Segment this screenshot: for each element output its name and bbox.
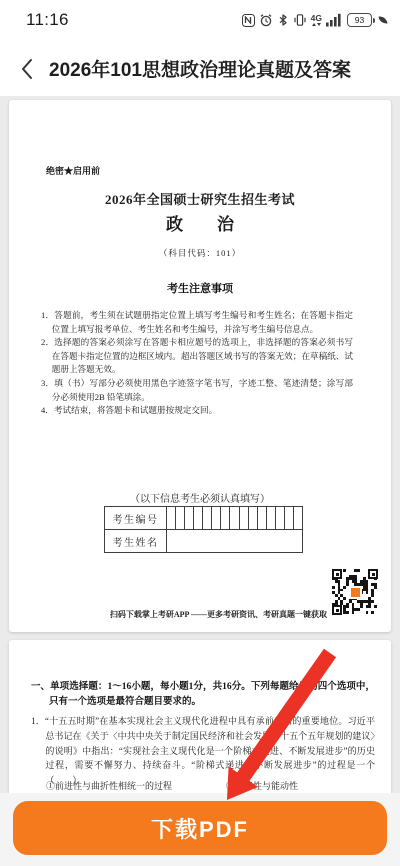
table-row: 考生编号 (105, 507, 302, 529)
question-1: 1．“十五五时期”在基本实现社会主义现代化进程中具有承前启后的重要地位。习近平总… (31, 714, 375, 788)
candidate-name-label: 考生姓名 (105, 530, 167, 552)
vibrate-icon (293, 13, 307, 27)
notice-item: 3．填（书）写部分必须使用黑色字迹签字笔书写，字迹工整、笔迹清楚；涂写部分必须使… (41, 377, 353, 404)
option-1: ①前进性与曲折性相统一的过程 (46, 779, 226, 792)
qr-logo (349, 586, 362, 599)
pdf-scroll-area[interactable]: 绝密★启用前 2026年全国硕士研究生招生考试 政 治 （科目代码：101） 考… (0, 96, 400, 866)
bottom-bar: 下载PDF (0, 793, 400, 866)
candidate-number-label: 考生编号 (105, 507, 167, 529)
candidate-name-cell (167, 530, 302, 552)
subject-code: （科目代码：101） (9, 247, 391, 259)
power-saving-icon (378, 15, 387, 24)
candidate-info-table: 考生编号 考生姓名 (104, 506, 303, 553)
bluetooth-icon (277, 13, 289, 27)
secrecy-label: 绝密★启用前 (46, 164, 100, 177)
nav-bar: 2026年101思想政治理论真题及答案 (0, 40, 400, 96)
status-bar: 11:16 4G 93 (0, 0, 400, 40)
notice-item: 2．选择题的答案必须涂写在答题卡相应题号的选项上，非选择题的答案必须书写在答题卡… (41, 336, 353, 377)
notice-item: 1．答题前，考生须在试题册指定位置上填写考生编号和考生姓名；在答题卡指定位置上填… (41, 309, 353, 336)
pdf-page-2: 一、单项选择题：1～16小题，每小题1分，共16分。下列每题给出的四个选项中，只… (9, 640, 391, 810)
fill-in-note: （以下信息考生必须认真填写） (9, 490, 391, 505)
notice-title: 考生注意事项 (9, 280, 391, 296)
battery-percent: 93 (355, 15, 364, 25)
table-row: 考生姓名 (105, 529, 302, 552)
qr-code (332, 569, 378, 615)
candidate-number-cells (167, 507, 302, 529)
app-promo-text: 扫码下载掌上考研APP ——更多考研资讯、考研真题一键获取 (9, 609, 327, 620)
alarm-icon (259, 13, 273, 27)
pdf-page-1: 绝密★启用前 2026年全国硕士研究生招生考试 政 治 （科目代码：101） 考… (9, 100, 391, 632)
notice-item: 4．考试结束，将答题卡和试题册按规定交回。 (41, 404, 353, 418)
exam-subject: 政 治 (9, 210, 391, 235)
status-icons: 4G 93 (242, 13, 387, 27)
signal-bars-icon (326, 13, 341, 27)
notice-list: 1．答题前，考生须在试题册指定位置上填写考生编号和考生姓名；在答题卡指定位置上填… (41, 309, 353, 418)
exam-title: 2026年全国硕士研究生招生考试 (9, 189, 391, 208)
4g-network-icon: 4G (311, 14, 322, 27)
option-2: ②规律性与能动性 (226, 779, 298, 792)
chevron-left-icon (20, 58, 34, 80)
app-screen: 11:16 4G 93 (0, 0, 400, 866)
back-button[interactable] (12, 54, 42, 84)
section-heading: 一、单项选择题：1～16小题，每小题1分，共16分。下列每题给出的四个选项中，只… (31, 680, 375, 709)
nfc-icon (242, 14, 255, 27)
question-1-options: ①前进性与曲折性相统一的过程 ②规律性与能动性 (46, 779, 375, 792)
battery-icon: 93 (347, 13, 372, 27)
status-time: 11:16 (26, 10, 69, 30)
download-pdf-button[interactable]: 下载PDF (13, 801, 387, 855)
page-title: 2026年101思想政治理论真题及答案 (40, 40, 360, 96)
